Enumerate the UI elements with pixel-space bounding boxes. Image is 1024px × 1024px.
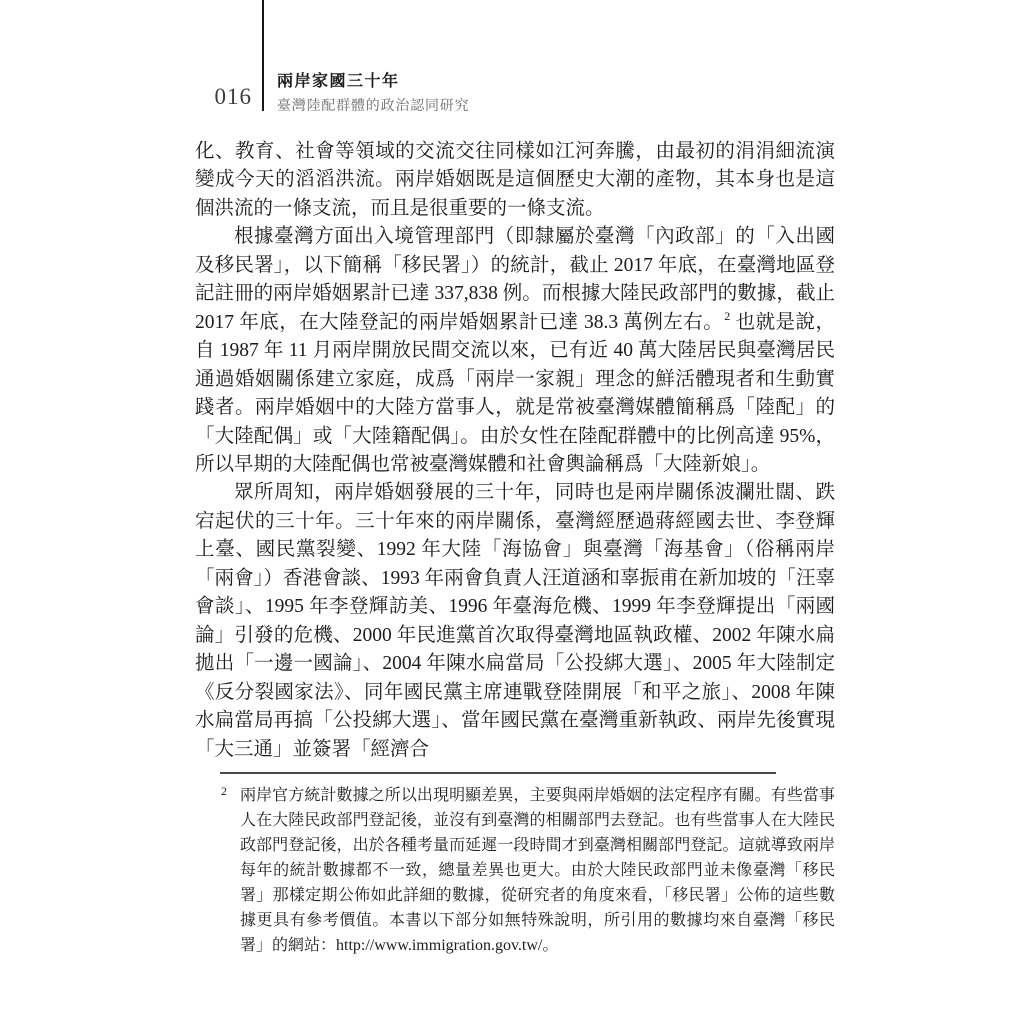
page-number: 016 xyxy=(188,84,252,110)
body-text: 化、教育、社會等領域的交流交往同樣如江河奔騰，由最初的涓涓細流演變成今天的滔滔洪… xyxy=(195,138,835,764)
paragraph-statistics: 根據臺灣方面出入境管理部門（即隸屬於臺灣「內政部」的「入出國及移民署」，以下簡稱… xyxy=(195,223,835,479)
footnote-separator-rule xyxy=(220,772,776,774)
header-vertical-rule xyxy=(262,0,264,111)
book-subtitle: 臺灣陸配群體的政治認同研究 xyxy=(277,95,469,115)
paragraph-history: 眾所周知，兩岸婚姻發展的三十年，同時也是兩岸關係波瀾壯闊、跌宕起伏的三十年。三十… xyxy=(195,479,835,764)
paragraph-statistics-text-after-ref: 也就是說，自 1987 年 11 月兩岸開放民間交流以來，已有近 40 萬大陸居… xyxy=(195,312,835,475)
footnote-number: 2 xyxy=(221,784,227,799)
paragraph-continuation: 化、教育、社會等領域的交流交往同樣如江河奔騰，由最初的涓涓細流演變成今天的滔滔洪… xyxy=(195,138,835,223)
book-page-scan: 016 兩岸家國三十年 臺灣陸配群體的政治認同研究 化、教育、社會等領域的交流交… xyxy=(0,0,1024,1024)
footnote-reference-2: 2 xyxy=(724,309,730,323)
footnote-2: 2 兩岸官方統計數據之所以出現明顯差異，主要與兩岸婚姻的法定程序有關。有些當事人… xyxy=(221,783,835,958)
book-title: 兩岸家國三十年 xyxy=(277,68,469,91)
running-header: 兩岸家國三十年 臺灣陸配群體的政治認同研究 xyxy=(277,68,469,115)
footnote-text: 兩岸官方統計數據之所以出現明顯差異，主要與兩岸婚姻的法定程序有關。有些當事人在大… xyxy=(240,783,835,958)
